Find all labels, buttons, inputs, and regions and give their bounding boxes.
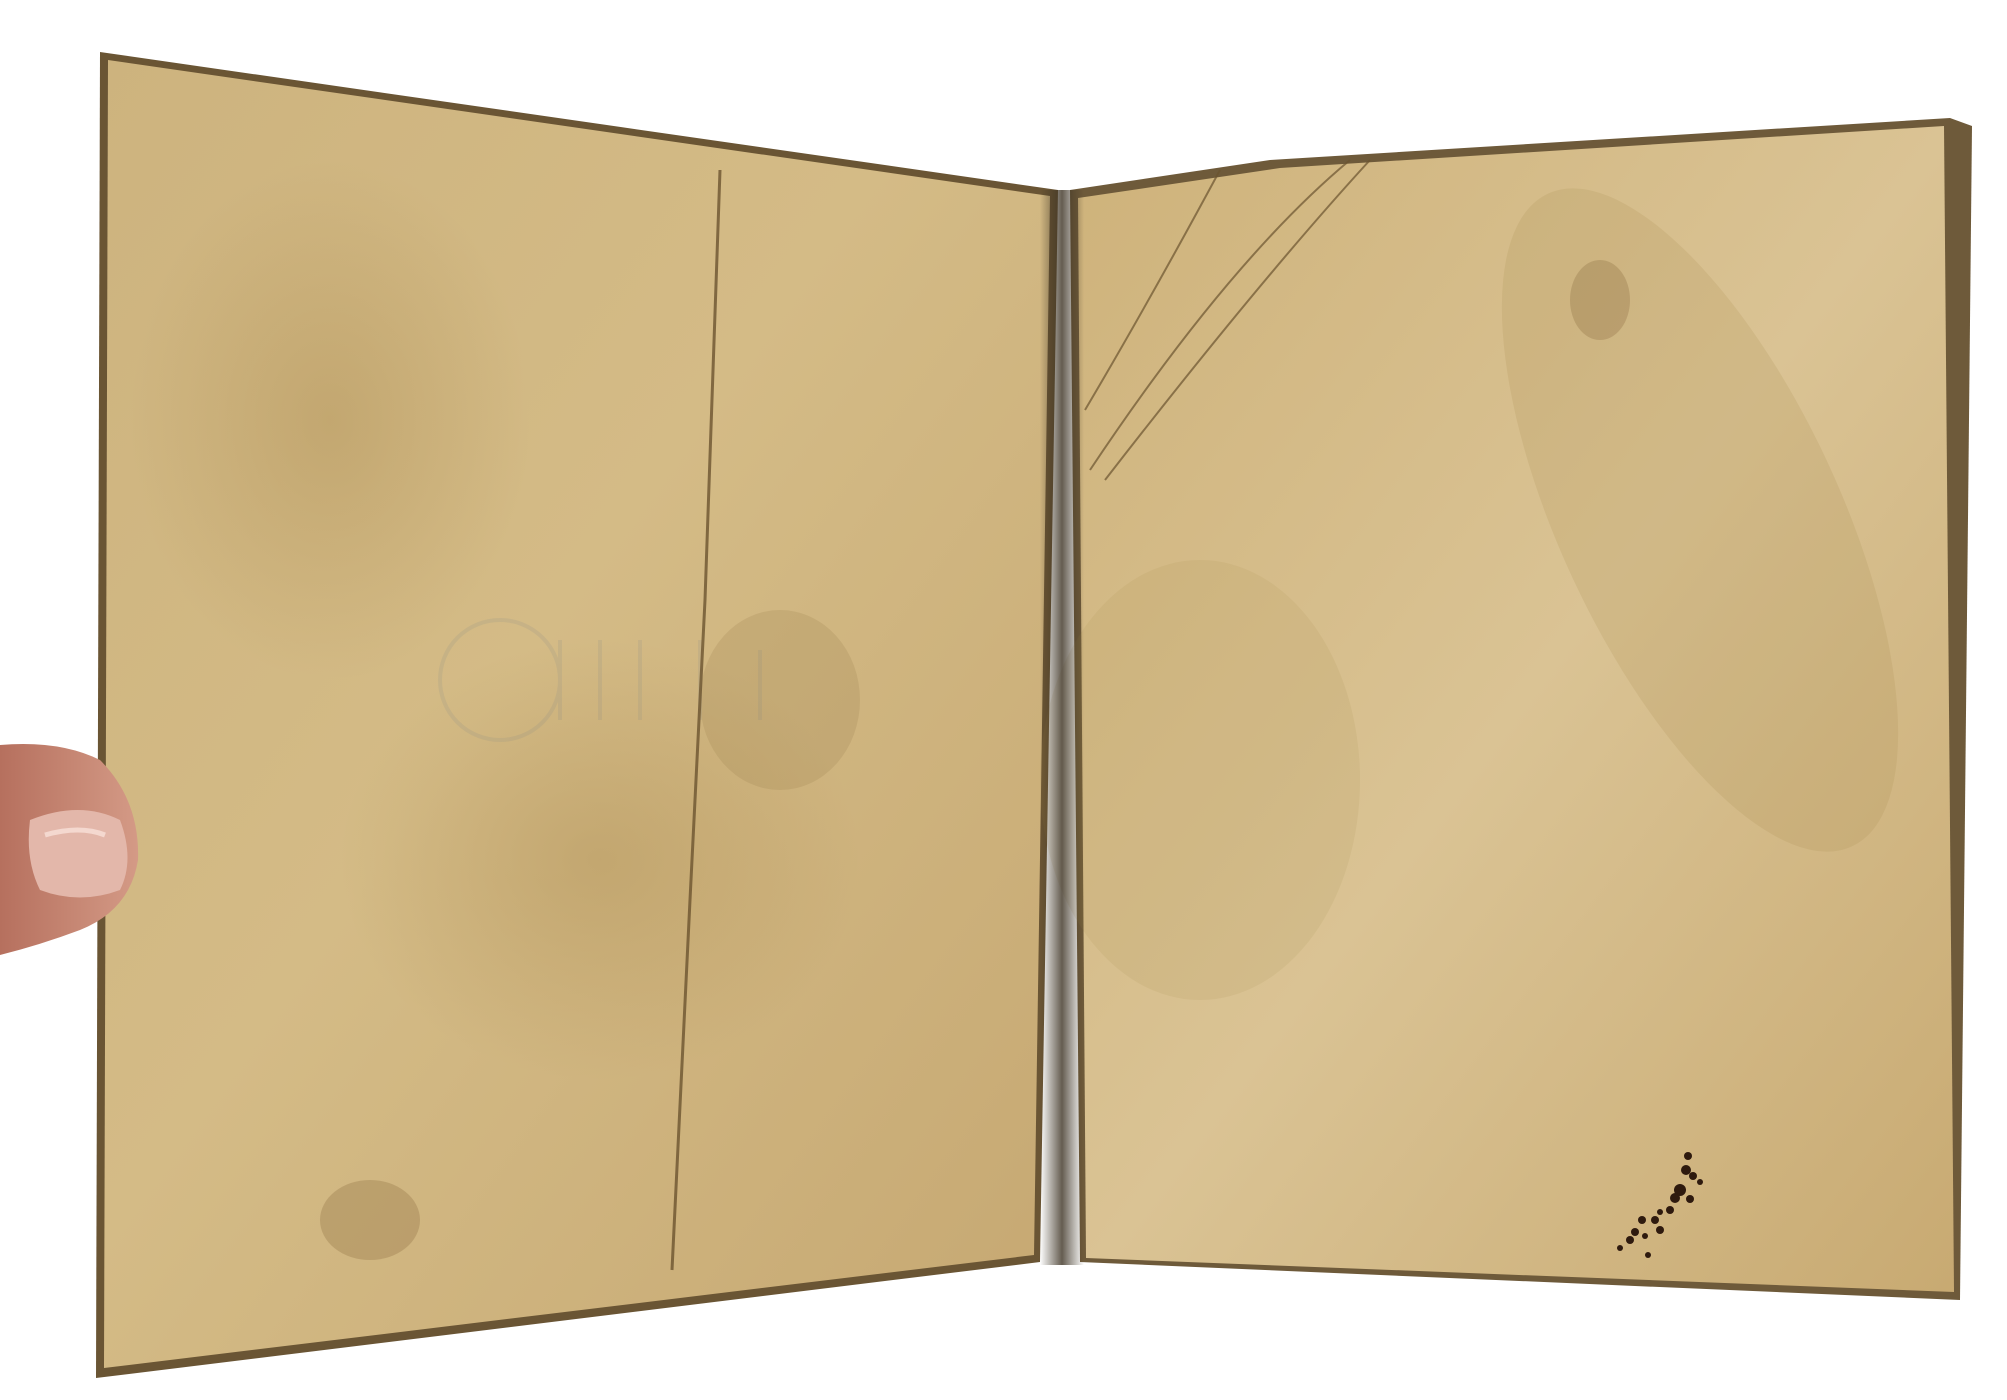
right-page: [1040, 118, 1979, 1300]
gutter: [1040, 190, 1084, 1265]
book-photo: [0, 0, 2007, 1400]
left-page: [96, 52, 1058, 1378]
